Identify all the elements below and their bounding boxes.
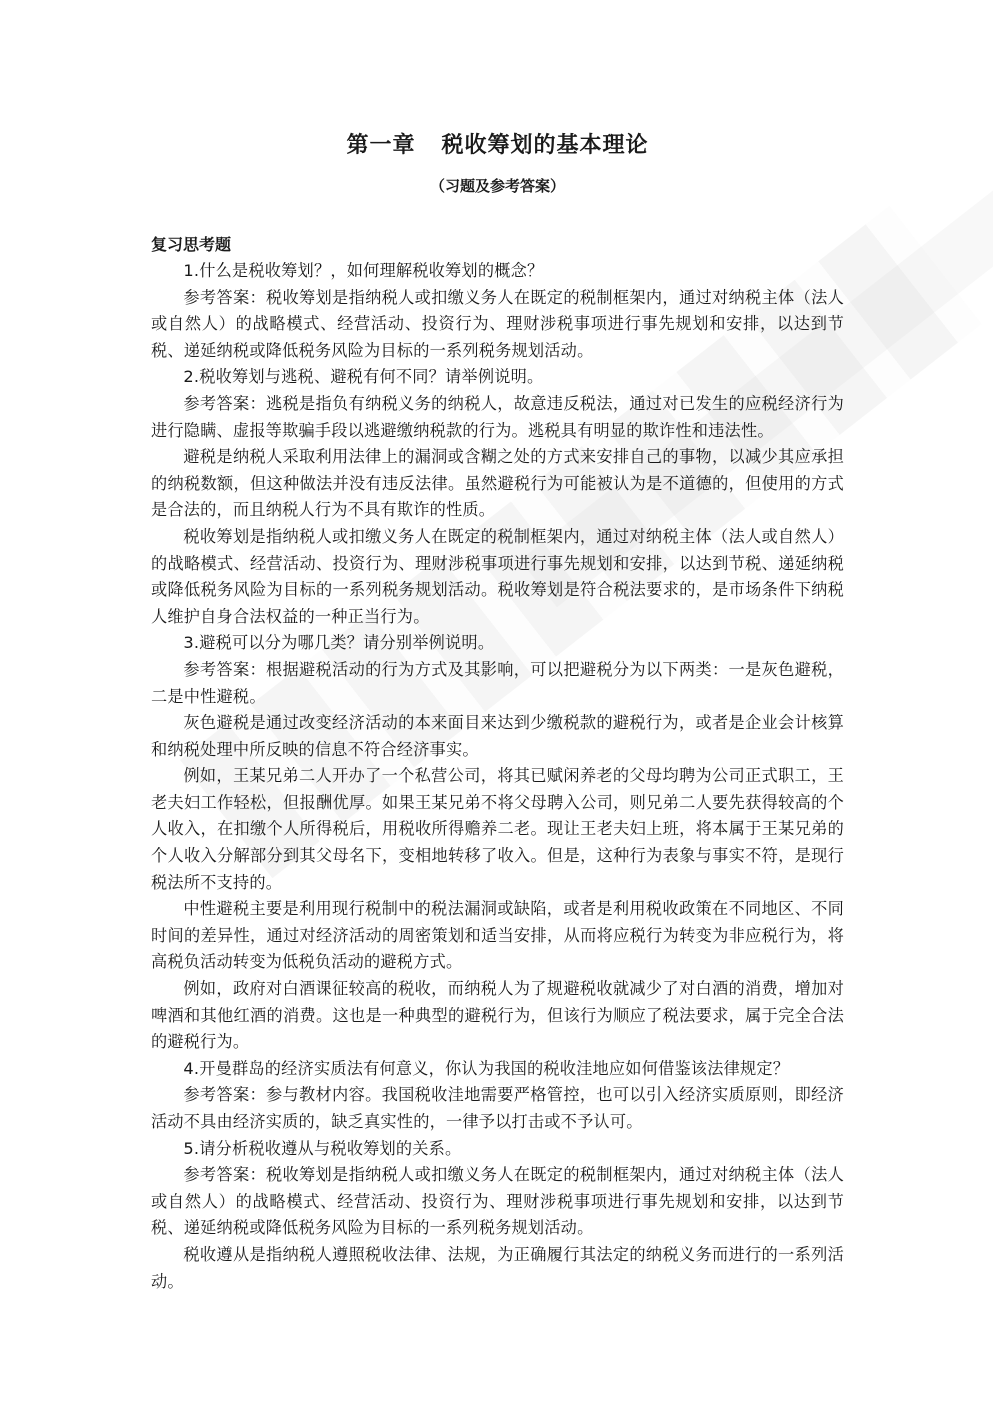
chapter-subtitle: （习题及参考答案）: [151, 174, 844, 198]
answer-3-para-4: 中性避税主要是利用现行税制中的税法漏洞或缺陷，或者是利用税收政策在不同地区、不同…: [151, 896, 844, 976]
answer-5-para-1: 参考答案：税收筹划是指纳税人或扣缴义务人在既定的税制框架内，通过对纳税主体（法人…: [151, 1162, 844, 1242]
answer-2-para-3: 税收筹划是指纳税人或扣缴义务人在既定的税制框架内，通过对纳税主体（法人或自然人）…: [151, 524, 844, 630]
chapter-name: 税收筹划的基本理论: [442, 133, 649, 158]
answer-3-para-5: 例如，政府对白酒课征较高的税收，而纳税人为了规避税收就减少了对白酒的消费，增加对…: [151, 976, 844, 1056]
answer-2-para-2: 避税是纳税人采取利用法律上的漏洞或含糊之处的方式来安排自己的事物，以减少其应承担…: [151, 444, 844, 524]
answer-3-para-3: 例如，王某兄弟二人开办了一个私营公司，将其已赋闲养老的父母均聘为公司正式职工，王…: [151, 763, 844, 896]
question-3: 3.避税可以分为哪几类？请分别举例说明。: [151, 630, 844, 657]
document-page: 第一章税收筹划的基本理论 （习题及参考答案） 复习思考题 1.什么是税收筹划？，…: [151, 128, 844, 1295]
answer-3-para-2: 灰色避税是通过改变经济活动的本来面目来达到少缴税款的避税行为，或者是企业会计核算…: [151, 710, 844, 763]
question-1: 1.什么是税收筹划？，如何理解税收筹划的概念？: [151, 258, 844, 285]
question-4: 4.开曼群岛的经济实质法有何意义，你认为我国的税收洼地应如何借鉴该法律规定？: [151, 1056, 844, 1083]
section-heading: 复习思考题: [151, 232, 844, 258]
chapter-number: 第一章: [346, 133, 415, 158]
answer-3-para-1: 参考答案：根据避税活动的行为方式及其影响，可以把避税分为以下两类：一是灰色避税，…: [151, 657, 844, 710]
question-2: 2.税收筹划与逃税、避税有何不同？请举例说明。: [151, 364, 844, 391]
answer-5-para-2: 税收遵从是指纳税人遵照税收法律、法规，为正确履行其法定的纳税义务而进行的一系列活…: [151, 1242, 844, 1295]
answer-4: 参考答案：参与教材内容。我国税收洼地需要严格管控，也可以引入经济实质原则，即经济…: [151, 1082, 844, 1135]
question-5: 5.请分析税收遵从与税收筹划的关系。: [151, 1136, 844, 1163]
answer-2-para-1: 参考答案：逃税是指负有纳税义务的纳税人，故意违反税法，通过对已发生的应税经济行为…: [151, 391, 844, 444]
answer-1: 参考答案：税收筹划是指纳税人或扣缴义务人在既定的税制框架内，通过对纳税主体（法人…: [151, 285, 844, 365]
chapter-title: 第一章税收筹划的基本理论: [151, 128, 844, 164]
